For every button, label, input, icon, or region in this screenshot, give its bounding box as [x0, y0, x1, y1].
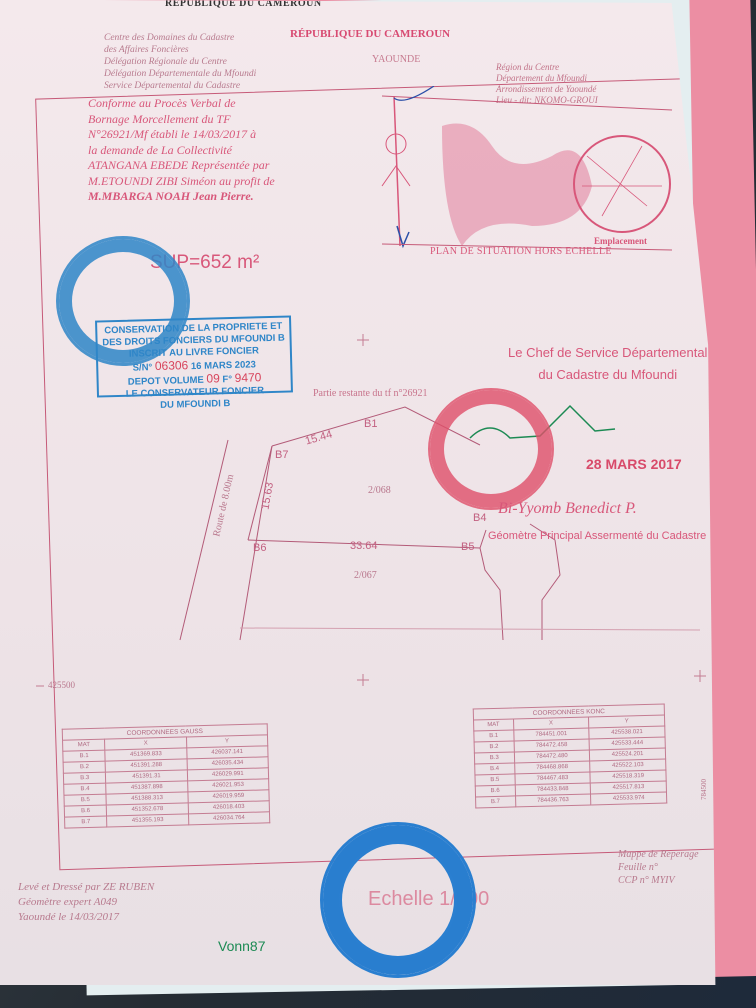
point-b1: B1 [364, 418, 377, 430]
geometre-signature: Bi-Yyomb Benedict P. [498, 500, 637, 518]
point-b7: B7 [275, 449, 288, 461]
table-cell: 426034.764 [188, 812, 270, 825]
table-cell: B.7 [476, 796, 516, 808]
table-cell: 425533.974 [591, 792, 667, 805]
cadastre-date-stamp: 28 MARS 2017 [586, 456, 682, 472]
mappe-reperage: Mappe de Reperage Feuille n° CCP n° MYIV [618, 848, 699, 887]
distance-b6-b5: 33.64 [350, 540, 378, 552]
table-cell: B.7 [65, 816, 108, 828]
table-cell: 451355.193 [107, 814, 189, 827]
parcel-main-label: 2/068 [368, 485, 391, 496]
leve-par: Levé et Dressé par ZE RUBEN [18, 880, 154, 895]
konc-coordinates-table: COORDONNEES KONC MAT X Y B.1784451.00142… [473, 704, 668, 809]
point-b6: B6 [253, 542, 266, 554]
parcel-south-label: 2/067 [354, 570, 377, 581]
handwritten-note: Vonn87 [218, 938, 266, 954]
point-b4: B4 [473, 512, 486, 524]
grid-coordinate-label: 425500 [48, 680, 75, 690]
gauss-coordinates-table: COORDONNEES GAUSS MAT X Y B.1451369.8334… [62, 723, 271, 828]
feuille-label: Feuille n° [618, 861, 699, 874]
surveyor-round-stamp [320, 822, 476, 978]
side-coordinate-label: 784500 [700, 779, 708, 800]
point-b5: B5 [461, 541, 474, 553]
lieu-date: Yaoundé le 14/03/2017 [18, 910, 154, 925]
mappe-label: Mappe de Reperage [618, 848, 699, 861]
road-edge [180, 440, 228, 640]
cadastral-document: RÉPUBLIQUE DU CAMEROUN Centre des Domain… [0, 0, 730, 985]
ccp-label: CCP n° MYIV [618, 874, 699, 887]
geometre-expert: Géomètre expert A049 [18, 895, 154, 910]
survey-credit: Levé et Dressé par ZE RUBEN Géomètre exp… [18, 880, 154, 925]
table-cell: 784436.763 [515, 794, 591, 807]
geometre-title: Géomètre Principal Assermenté du Cadastr… [488, 530, 706, 542]
cadastre-round-stamp [428, 388, 554, 510]
